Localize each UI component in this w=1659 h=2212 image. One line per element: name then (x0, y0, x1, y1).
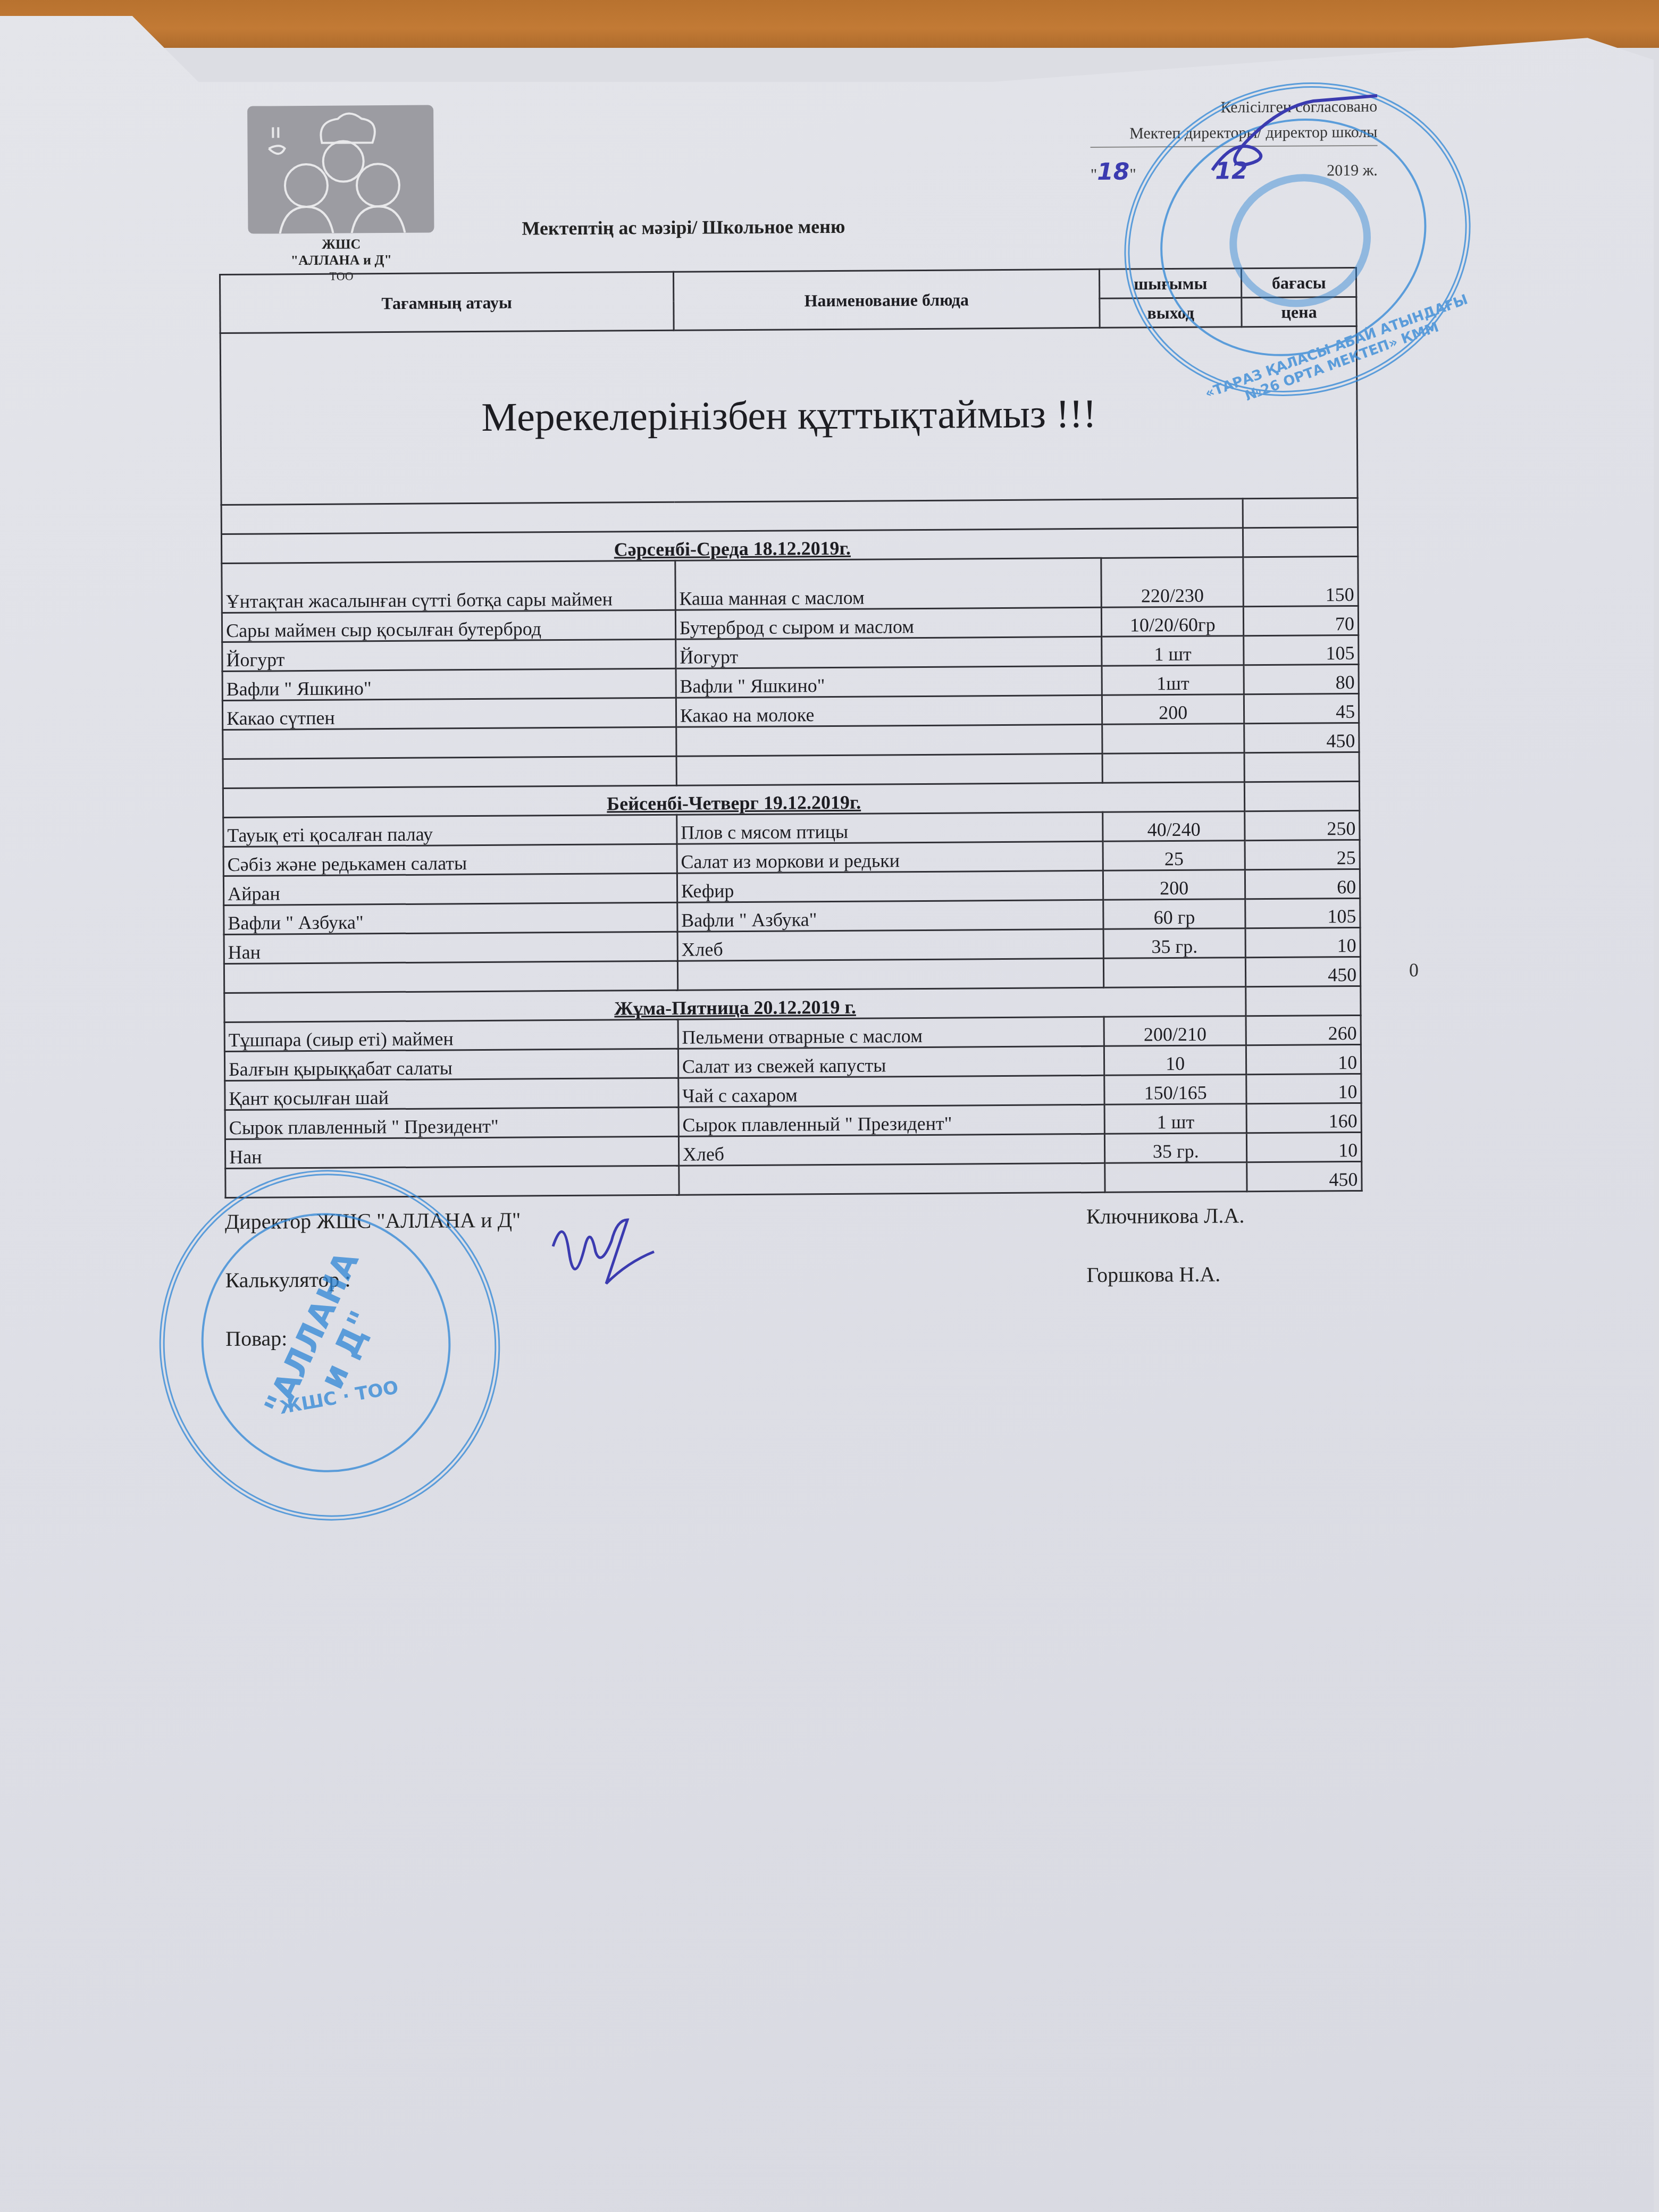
empty-cell (223, 756, 676, 788)
dish-name-ru: Сырок плавленный " Президент" (678, 1104, 1105, 1136)
column-header-kz: Тағамның атауы (220, 272, 673, 333)
document-title: Мектептің ас мәзірі/ Школьное меню (522, 215, 845, 240)
wooden-table-background (0, 0, 1659, 48)
dish-name-kz: Балғын қырыққабат салаты (224, 1049, 678, 1080)
column-header-ru: Наименование блюда (673, 269, 1100, 330)
menu-item-row: Ұнтақтан жасалынған сүтті ботқа сары май… (222, 556, 1359, 613)
empty-cell (1243, 527, 1358, 557)
empty-cell (1105, 1162, 1247, 1193)
dish-output: 200 (1102, 694, 1244, 725)
dish-price: 80 (1244, 664, 1359, 694)
dish-name-kz: Тұшпара (сиыр еті) маймен (224, 1019, 678, 1051)
dish-name-ru: Какао на молоке (676, 695, 1102, 727)
empty-cell (1246, 986, 1361, 1016)
dish-name-ru: Вафли " Яшкино" (676, 666, 1102, 698)
dish-name-kz: Какао сүтпен (222, 698, 676, 730)
empty-cell (224, 961, 677, 993)
dish-output: 40/240 (1103, 811, 1245, 842)
approval-signature-icon (1207, 90, 1430, 175)
dish-name-kz: Сырок плавленный " Президент" (225, 1107, 678, 1139)
dish-name-ru: Каша манная с маслом (675, 558, 1102, 610)
empty-cell (1103, 958, 1245, 988)
empty-cell (1244, 752, 1359, 782)
dish-name-ru: Вафли " Азбука" (677, 900, 1103, 932)
empty-cell (1102, 753, 1244, 783)
empty-cell (677, 958, 1104, 990)
menu-table: Тағамның атауы Наименование блюда шығымы… (219, 267, 1363, 1199)
director-signature-icon (542, 1204, 681, 1300)
dish-name-kz: Вафли " Яшкино" (222, 668, 676, 700)
dish-output: 60 гр (1103, 899, 1245, 929)
dish-name-kz: Тауық еті қосалған палау (223, 815, 677, 847)
dish-price: 45 (1244, 693, 1359, 723)
dish-name-ru: Салат из свежей капусты (678, 1046, 1104, 1078)
dish-name-kz: Айран (223, 873, 677, 905)
dish-output: 1 шт (1102, 636, 1244, 666)
dish-name-ru: Хлеб (678, 1134, 1105, 1166)
dish-output: 1 шт (1104, 1104, 1246, 1134)
dish-output: 10 (1104, 1045, 1246, 1076)
dish-name-kz: Вафли " Азбука" (224, 902, 677, 934)
dish-price: 10 (1245, 927, 1360, 957)
dish-price: 160 (1246, 1103, 1361, 1133)
dish-name-kz: Сәбіз және редькамен салаты (223, 844, 677, 876)
dish-name-ru: Йогурт (675, 636, 1102, 668)
dish-output: 200/210 (1104, 1016, 1246, 1046)
chef-children-logo-icon (247, 105, 434, 234)
dish-price: 260 (1246, 1015, 1361, 1045)
dish-name-kz: Нан (225, 1136, 678, 1168)
dish-name-kz: Сары маймен сыр қосылған бутерброд (222, 610, 675, 642)
empty-cell (1245, 781, 1360, 811)
empty-cell (676, 753, 1103, 785)
dish-price: 10 (1246, 1074, 1361, 1103)
empty-cell (676, 724, 1102, 756)
dish-output: 220/230 (1101, 557, 1244, 608)
dish-name-kz: Йогурт (222, 639, 676, 671)
dish-output: 200 (1103, 870, 1245, 900)
stray-value: 0 (1409, 959, 1419, 981)
dish-price: 10 (1247, 1132, 1362, 1162)
dish-name-ru: Хлеб (677, 929, 1104, 961)
empty-cell (223, 727, 676, 759)
approval-date-day: "18" (1091, 159, 1136, 188)
dish-name-ru: Кефир (677, 870, 1103, 902)
dish-price: 10 (1246, 1044, 1361, 1074)
dish-price: 105 (1245, 898, 1360, 928)
dish-name-ru: Салат из моркови и редьки (677, 841, 1103, 873)
dish-output: 35 гр. (1103, 928, 1245, 959)
calculator-name: Горшкова Н.А. (1086, 1262, 1220, 1288)
dish-name-ru: Бутерброд с сыром и маслом (675, 607, 1102, 639)
dish-name-ru: Пельмени отварные с маслом (678, 1017, 1104, 1049)
company-logo: ЖШС "АЛЛАНА и Д" ТОО (239, 105, 442, 284)
dish-price: 105 (1244, 635, 1359, 665)
dish-output: 35 гр. (1105, 1133, 1247, 1163)
dish-price: 150 (1243, 556, 1358, 606)
dish-output: 150/165 (1104, 1075, 1246, 1105)
dish-output: 10/20/60гр (1101, 607, 1243, 637)
dish-price: 25 (1245, 840, 1360, 869)
day-total: 450 (1247, 1161, 1362, 1191)
dish-name-ru: Чай с сахаром (678, 1075, 1104, 1107)
dish-output: 1шт (1102, 665, 1244, 696)
empty-cell (678, 1163, 1105, 1195)
logo-line-2: "АЛЛАНА и Д" (240, 252, 442, 269)
logo-line-1: ЖШС (240, 236, 442, 253)
dish-price: 60 (1245, 869, 1360, 899)
day-total: 450 (1244, 723, 1359, 752)
dish-name-kz: Нан (224, 932, 677, 963)
director-name: Ключникова Л.А. (1086, 1203, 1245, 1229)
dish-name-kz: Қант қосылған шай (225, 1078, 678, 1110)
dish-output: 25 (1103, 841, 1245, 871)
day-total: 450 (1246, 957, 1361, 986)
dish-price: 70 (1244, 606, 1359, 635)
dish-price: 250 (1245, 810, 1360, 840)
dish-name-kz: Ұнтақтан жасалынған сүтті ботқа сары май… (222, 560, 675, 613)
empty-cell (1102, 724, 1244, 754)
dish-name-ru: Плов с мясом птицы (676, 812, 1103, 844)
